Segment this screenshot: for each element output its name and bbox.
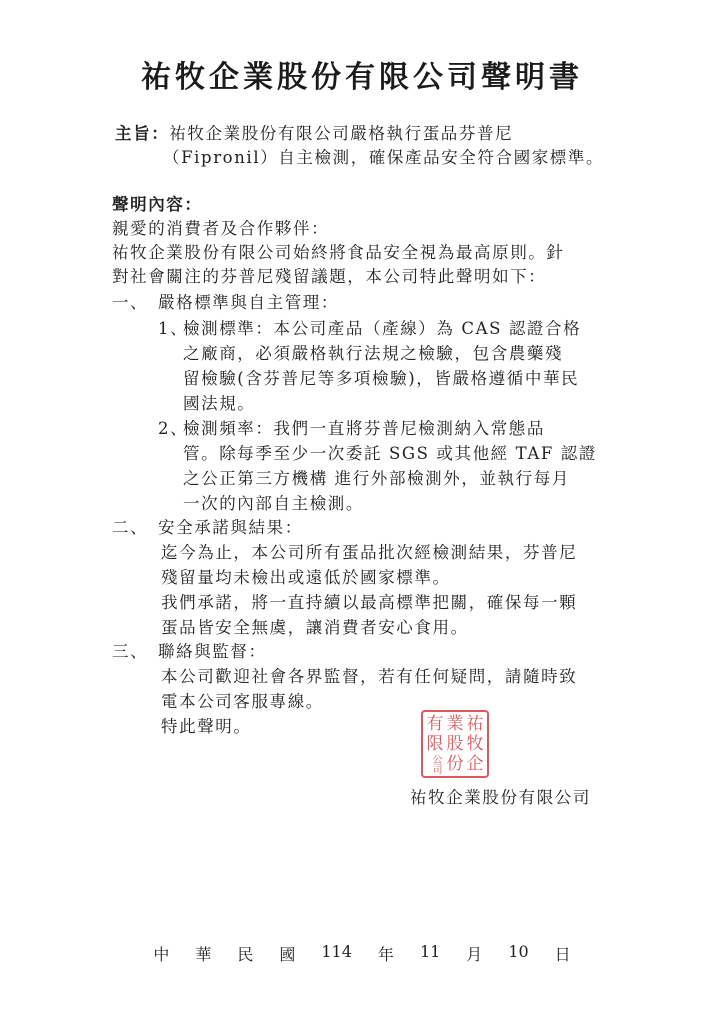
seal-char: 限 <box>425 734 445 754</box>
item-2-line-1: 檢測頻率：我們一直將芬普尼檢測納入常態品 <box>183 418 545 440</box>
section-1-number: 一、 <box>112 292 148 314</box>
section-1-heading: 嚴格標準與自主管理： <box>158 292 339 314</box>
item-1-line-3: 留檢驗(含芬普尼等多項檢驗)，皆嚴格遵循中華民 <box>183 368 579 390</box>
date-part: 民 <box>237 942 253 965</box>
subject-label: 主旨： <box>115 124 169 143</box>
item-2-line-4: 一次的內部自主檢測。 <box>183 493 364 515</box>
section-2-line-2: 殘留量均未檢出或遠低於國家標準。 <box>161 567 451 589</box>
section-2-number: 二、 <box>112 517 148 539</box>
item-1-line-4: 國法規。 <box>183 393 255 415</box>
date-part: 華 <box>195 942 211 965</box>
content-heading: 聲明內容： <box>112 194 203 216</box>
intro-line-1: 祐牧企業股份有限公司始終將食品安全視為最高原則。針 <box>112 242 565 264</box>
document-title: 祐牧企業股份有限公司聲明書 <box>0 52 724 96</box>
section-3-line-1: 本公司歡迎社會各界監督，若有任何疑問，請隨時致 <box>161 666 577 688</box>
subject-text-1: 祐牧企業股份有限公司嚴格執行蛋品芬普尼 <box>169 124 513 143</box>
seal-char: 公司 <box>425 754 445 774</box>
date-part: 日 <box>555 942 571 965</box>
item-2-line-2: 管。除每季至少一次委託 SGS 或其他經 TAF 認證 <box>183 443 597 465</box>
item-1-line-2: 之廠商，必須嚴格執行法規之檢驗，包含農藥殘 <box>183 343 563 365</box>
section-2-line-3: 我們承諾，將一直持續以最高標準把關，確保每一顆 <box>161 592 577 614</box>
intro-line-2: 對社會關注的芬普尼殘留議題，本公司特此聲明如下： <box>112 266 546 288</box>
subject-line-1: 主旨：祐牧企業股份有限公司嚴格執行蛋品芬普尼 <box>115 123 513 145</box>
seal-char: 牧 <box>465 734 485 754</box>
item-2-line-3: 之公正第三方機構 進行外部檢測外，並執行每月 <box>183 468 570 490</box>
salutation: 親愛的消費者及合作夥伴： <box>112 218 329 240</box>
seal-char: 業 <box>445 714 465 734</box>
date-part: 年 <box>378 942 394 965</box>
section-3-number: 三、 <box>112 641 148 663</box>
seal-char: 祐 <box>465 714 485 734</box>
date-day: 10 <box>508 942 528 965</box>
date-part: 中 <box>153 942 169 965</box>
section-3-line-2: 電本公司客服專線。 <box>161 691 324 713</box>
date-part: 月 <box>466 942 482 965</box>
section-2-heading: 安全承諾與結果： <box>158 517 303 539</box>
company-seal: 祐 牧 企 業 股 份 有 限 公司 <box>421 710 489 778</box>
seal-char: 企 <box>465 754 485 774</box>
date-month: 11 <box>420 942 440 965</box>
subject-line-2: （Fipronil）自主檢測，確保產品安全符合國家標準。 <box>163 147 604 169</box>
date-line: 中 華 民 國 114 年 11 月 10 日 <box>0 942 724 965</box>
date-part: 國 <box>279 942 295 965</box>
section-3-heading: 聯絡與監督： <box>158 641 267 663</box>
section-2-line-4: 蛋品皆安全無虞，讓消費者安心食用。 <box>161 617 469 639</box>
section-2-line-1: 迄今為止，本公司所有蛋品批次經檢測結果，芬普尼 <box>161 542 577 564</box>
seal-char: 有 <box>425 714 445 734</box>
document-page: 祐牧企業股份有限公司聲明書 主旨：祐牧企業股份有限公司嚴格執行蛋品芬普尼 （Fi… <box>0 0 724 1024</box>
date-year: 114 <box>321 942 352 965</box>
section-3-line-3: 特此聲明。 <box>161 716 252 738</box>
item-1-line-1: 檢測標準：本公司產品（產線）為 CAS 認證合格 <box>183 318 581 340</box>
seal-char: 股 <box>445 734 465 754</box>
seal-char: 份 <box>445 754 465 774</box>
company-signature: 祐牧企業股份有限公司 <box>410 784 591 808</box>
